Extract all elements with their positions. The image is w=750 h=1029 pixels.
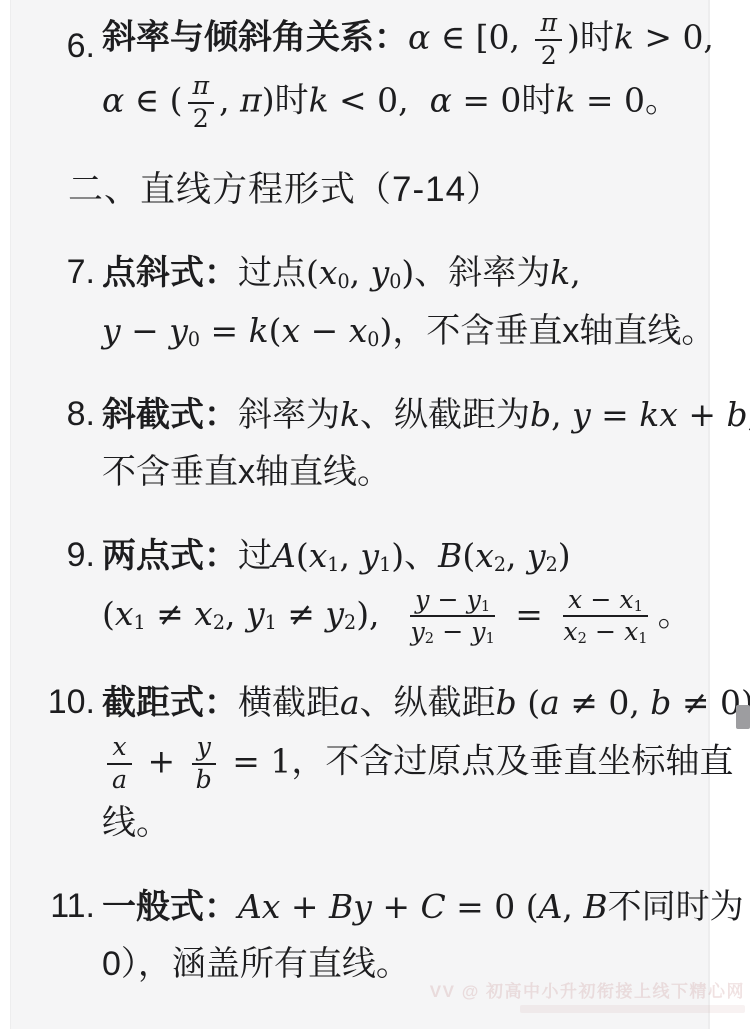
- text-segment: 不同时为: [608, 888, 744, 926]
- math-segment: ,: [551, 395, 572, 434]
- fraction-denominator: x2 − x1: [558, 617, 652, 648]
- fraction-numerator: y − y1: [410, 585, 495, 618]
- text-segment: 、纵截距为: [360, 396, 530, 434]
- item-lines: 截距式：横截距a、纵截距b (a ≠ 0, b ≠ 0)，xa + yb = 1…: [102, 674, 708, 852]
- text-segment: 过点: [238, 254, 306, 292]
- text-segment: 、斜率为: [414, 254, 550, 292]
- item-number: 7.: [11, 244, 102, 360]
- fraction-numerator: x: [107, 732, 131, 765]
- math-segment: kx: [639, 395, 678, 434]
- math-symbol: y1: [467, 585, 491, 614]
- text-segment: 过: [238, 537, 272, 575]
- math-segment: −: [582, 585, 619, 614]
- math-segment: −: [434, 617, 471, 646]
- math-segment: By: [329, 887, 372, 926]
- content-line: 线。: [102, 795, 708, 852]
- content-line: 斜截式：斜率为k、纵截距为b, y = kx + b,: [102, 386, 708, 444]
- text-segment: 时: [275, 82, 309, 120]
- term-label: 两点式：: [102, 537, 238, 575]
- math-segment: π: [540, 8, 557, 37]
- fraction: π2: [188, 71, 215, 134]
- math-segment: Ax: [238, 887, 280, 926]
- math-segment: +: [372, 887, 421, 926]
- math-segment: ,: [506, 536, 527, 575]
- content-line: xa + yb = 1，不含过原点及垂直坐标轴直: [102, 732, 708, 795]
- math-symbol: y0: [169, 311, 200, 350]
- item-lines: 点斜式：过点(x0, y0)、斜率为k,y − y0 = k(x − x0)，不…: [102, 244, 708, 360]
- section-heading: 二、直线方程形式（7-14）: [11, 161, 708, 218]
- math-segment: ): [558, 536, 571, 575]
- content-line: (x1 ≠ x2, y1 ≠ y2), y − y1y2 − y1 = x − …: [102, 585, 708, 648]
- math-segment: ≠: [277, 594, 326, 633]
- fraction-numerator: π: [535, 8, 562, 41]
- content-line: y − y0 = k(x − x0)，不含垂直x轴直线。: [102, 302, 708, 360]
- math-segment: y: [572, 395, 591, 434]
- content-line: α ∈ (π2, π)时k < 0, α = 0时k = 0。: [102, 71, 708, 134]
- math-segment: x: [282, 311, 301, 350]
- fraction-numerator: y: [192, 732, 216, 765]
- fraction-denominator: y2 − y1: [406, 617, 500, 648]
- math-segment: ,: [562, 887, 583, 926]
- math-segment: C: [420, 887, 445, 926]
- math-segment: ,: [219, 81, 240, 120]
- list-item: 9.两点式：过A(x1, y1)、B(x2, y2)(x1 ≠ x2, y1 ≠…: [11, 527, 708, 648]
- math-segment: b: [726, 395, 747, 434]
- text-segment: 0），涵盖所有直线。: [102, 945, 410, 983]
- math-segment: =: [505, 594, 554, 633]
- math-segment: k: [555, 81, 575, 120]
- math-symbol: x2: [194, 594, 225, 633]
- text-segment: 不含垂直x轴直线。: [102, 453, 391, 491]
- math-segment: x: [112, 732, 126, 761]
- math-segment: y: [102, 311, 121, 350]
- math-segment: B: [583, 887, 607, 926]
- item-number: 11.: [11, 878, 102, 993]
- math-segment: ≠: [146, 594, 195, 633]
- math-segment: −: [121, 311, 170, 350]
- math-segment: ∈ (: [124, 81, 182, 120]
- math-segment: < 0,: [329, 81, 430, 120]
- math-segment: 2: [193, 104, 209, 133]
- item-lines: 斜截式：斜率为k、纵截距为b, y = kx + b,不含垂直x轴直线。: [102, 386, 708, 501]
- term-label: 点斜式：: [102, 254, 238, 292]
- math-segment: ): [379, 311, 392, 350]
- math-segment: ): [401, 253, 414, 292]
- math-segment: −: [300, 311, 349, 350]
- item-lines: 一般式：Ax + By + C = 0 (A, B不同时为0），涵盖所有直线。: [102, 878, 708, 993]
- math-segment: (: [462, 536, 475, 575]
- math-segment: −: [429, 585, 466, 614]
- fraction-denominator: 2: [536, 41, 562, 72]
- text-segment: ，不含垂直x轴直线。: [392, 312, 715, 350]
- math-segment: α: [102, 81, 124, 120]
- math-segment: (: [269, 311, 282, 350]
- math-symbol: x1: [309, 536, 340, 575]
- math-segment: a: [340, 683, 360, 722]
- math-segment: k: [249, 311, 269, 350]
- math-segment: =: [591, 395, 640, 434]
- text-segment: 。: [658, 595, 692, 633]
- math-segment: 2: [541, 41, 557, 70]
- math-segment: +: [137, 742, 186, 781]
- fraction-denominator: a: [107, 765, 132, 796]
- math-segment: =: [200, 311, 249, 350]
- math-symbol: x1: [619, 585, 643, 614]
- math-segment: = 1: [222, 742, 292, 781]
- term-label: 斜截式：: [102, 396, 238, 434]
- item-number: 10.: [11, 674, 102, 852]
- text-segment: 线。: [102, 804, 170, 842]
- math-segment: (: [517, 683, 540, 722]
- notes-content: 6.斜率与倾斜角关系：α ∈ [0, π2)时k > 0,α ∈ (π2, π)…: [11, 0, 708, 993]
- fraction-numerator: π: [188, 71, 215, 104]
- term-label: 截距式：: [102, 684, 238, 722]
- list-item: 8.斜截式：斜率为k、纵截距为b, y = kx + b,不含垂直x轴直线。: [11, 386, 708, 501]
- math-segment: α: [408, 18, 430, 57]
- fraction: x − x1x2 − x1: [558, 585, 652, 648]
- math-symbol: x2: [475, 536, 506, 575]
- math-segment: B: [438, 536, 462, 575]
- content-line: 0），涵盖所有直线。: [102, 936, 708, 993]
- math-segment: ): [262, 81, 275, 120]
- math-symbol: y2: [411, 617, 435, 646]
- math-segment: b: [496, 683, 517, 722]
- fraction: yb: [191, 732, 217, 795]
- term-label: 一般式：: [102, 888, 238, 926]
- math-segment: α: [430, 81, 452, 120]
- content-line: 斜率与倾斜角关系：α ∈ [0, π2)时k > 0,: [102, 8, 708, 71]
- math-segment: x: [568, 585, 582, 614]
- math-segment: +: [678, 395, 727, 434]
- math-segment: y: [197, 732, 211, 761]
- math-segment: = 0 (: [446, 887, 539, 926]
- math-symbol: y2: [527, 536, 558, 575]
- text-segment: 。: [645, 82, 679, 120]
- math-segment: ): [567, 18, 580, 57]
- math-segment: a: [540, 683, 560, 722]
- math-symbol: x2: [563, 617, 587, 646]
- math-segment: = 0: [452, 81, 522, 120]
- list-item: 6.斜率与倾斜角关系：α ∈ [0, π2)时k > 0,α ∈ (π2, π)…: [11, 8, 708, 135]
- math-segment: ,: [350, 253, 371, 292]
- list-item: 11.一般式：Ax + By + C = 0 (A, B不同时为0），涵盖所有直…: [11, 878, 708, 993]
- math-segment: ∈ [0,: [430, 18, 530, 57]
- math-segment: A: [272, 536, 296, 575]
- content-line: 点斜式：过点(x0, y0)、斜率为k,: [102, 244, 708, 302]
- math-symbol: y1: [360, 536, 391, 575]
- math-segment: π: [240, 81, 262, 120]
- text-segment: 、纵截距: [360, 684, 496, 722]
- math-segment: a: [112, 765, 127, 794]
- math-segment: ,: [225, 594, 246, 633]
- text-segment: 时: [580, 19, 614, 57]
- math-segment: +: [280, 887, 329, 926]
- math-segment: y: [415, 585, 429, 614]
- math-segment: b: [196, 765, 212, 794]
- math-symbol: y2: [325, 594, 356, 633]
- math-segment: ,: [339, 536, 360, 575]
- item-number: 8.: [11, 386, 102, 501]
- math-symbol: y0: [371, 253, 402, 292]
- math-segment: −: [587, 617, 624, 646]
- document-page: 6.斜率与倾斜角关系：α ∈ [0, π2)时k > 0,α ∈ (π2, π)…: [10, 0, 710, 1029]
- list-item: 10.截距式：横截距a、纵截距b (a ≠ 0, b ≠ 0)，xa + yb …: [11, 674, 708, 852]
- math-symbol: y1: [471, 617, 495, 646]
- math-segment: π: [193, 71, 210, 100]
- math-segment: k: [614, 18, 634, 57]
- math-symbol: x1: [624, 617, 648, 646]
- item-number: 9.: [11, 527, 102, 648]
- math-segment: ≠ 0,: [560, 683, 651, 722]
- math-segment: > 0,: [634, 18, 714, 57]
- math-symbol: x1: [115, 594, 146, 633]
- item-lines: 两点式：过A(x1, y1)、B(x2, y2)(x1 ≠ x2, y1 ≠ y…: [102, 527, 708, 648]
- fraction-denominator: b: [191, 765, 217, 796]
- math-segment: ): [391, 536, 404, 575]
- screenshot-root: { "page": { "background": "#f5f5f6", "ma…: [0, 0, 750, 1029]
- item-number: 6.: [11, 8, 102, 135]
- math-segment: (: [306, 253, 319, 292]
- text-segment: 横截距: [238, 684, 340, 722]
- fraction: xa: [107, 732, 132, 795]
- fraction-denominator: 2: [188, 104, 214, 135]
- list-item: 7.点斜式：过点(x0, y0)、斜率为k,y − y0 = k(x − x0)…: [11, 244, 708, 360]
- math-segment: b: [650, 683, 671, 722]
- item-lines: 斜率与倾斜角关系：α ∈ [0, π2)时k > 0,α ∈ (π2, π)时k…: [102, 8, 708, 135]
- math-segment: k: [309, 81, 329, 120]
- term-label: 斜率与倾斜角关系：: [102, 19, 408, 57]
- math-segment: k: [550, 253, 570, 292]
- text-segment: ，不含过原点及垂直坐标轴直: [291, 743, 733, 781]
- math-segment: b: [530, 395, 551, 434]
- content-line: 截距式：横截距a、纵截距b (a ≠ 0, b ≠ 0)，: [102, 674, 708, 732]
- math-symbol: y1: [246, 594, 277, 633]
- fraction: y − y1y2 − y1: [406, 585, 500, 648]
- fraction-numerator: x − x1: [563, 585, 648, 618]
- scrollbar-thumb[interactable]: [736, 705, 750, 729]
- text-segment: 、: [404, 537, 438, 575]
- math-segment: ),: [356, 594, 400, 633]
- math-symbol: x0: [349, 311, 380, 350]
- math-segment: A: [539, 887, 563, 926]
- math-segment: ,: [570, 253, 580, 292]
- math-segment: = 0: [575, 81, 645, 120]
- fraction: π2: [535, 8, 562, 71]
- content-line: 两点式：过A(x1, y1)、B(x2, y2): [102, 527, 708, 585]
- text-segment: 时: [521, 82, 555, 120]
- math-symbol: x0: [319, 253, 350, 292]
- text-segment: 斜率为: [238, 396, 340, 434]
- math-segment: (: [102, 594, 115, 633]
- content-line: 一般式：Ax + By + C = 0 (A, B不同时为: [102, 878, 708, 936]
- math-segment: (: [296, 536, 309, 575]
- math-segment: k: [340, 395, 360, 434]
- content-line: 不含垂直x轴直线。: [102, 444, 708, 501]
